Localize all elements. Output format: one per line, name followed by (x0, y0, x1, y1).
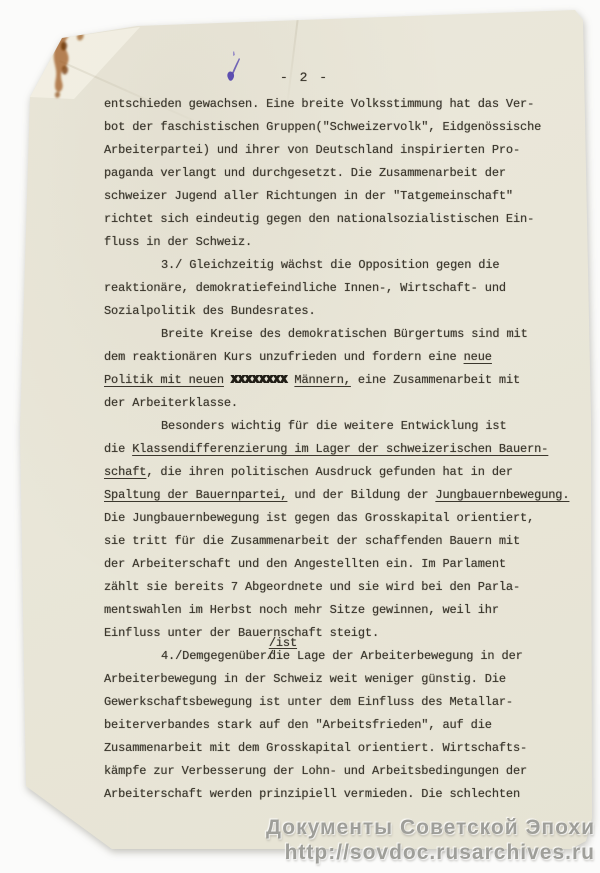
typed-text: die Lage der Arbeiterbewegung in der (269, 649, 523, 663)
text-line: kämpfe zur Verbesserung der Lohn- und Ar… (104, 760, 574, 783)
text-line: fluss in der Schweiz. (104, 231, 574, 254)
purple-ink-blot-icon (220, 48, 246, 90)
typed-text: der Arbeiterklasse. (104, 396, 238, 410)
text-line: Arbeiterbewegung in der Schweiz weit wen… (104, 668, 574, 691)
underlined-text: Klassendifferenzierung im Lager der schw… (132, 442, 548, 456)
paper-sheet: - 2 - entschieden gewachsen. Eine breite… (0, 0, 600, 873)
typed-text: dem reaktionären Kurs unzufrieden und fo… (104, 350, 464, 364)
typed-text: eine Zusammenarbeit mit (351, 373, 520, 387)
typed-text: der Arbeiterschaft und den Angestellten … (104, 557, 506, 571)
text-line: Arbeiterschaft werden prinzipiell vermie… (104, 783, 574, 806)
typed-text: mentswahlen im Herbst noch mehr Sitze ge… (104, 603, 499, 617)
typed-text: Besonders wichtig für die weitere Entwic… (161, 419, 507, 433)
underlined-text: neue (464, 350, 492, 364)
typed-strikeout: XXXXXXXX (231, 373, 287, 387)
typed-text: sie tritt für die Zusammenarbeit der sch… (104, 534, 520, 548)
page-number: - 2 - (280, 70, 329, 85)
underlined-text: Jungbauernbewegung. (435, 488, 569, 502)
typed-text: Arbeiterbewegung in der Schweiz weit wen… (104, 672, 506, 686)
text-line: 3./ Gleichzeitig wächst die Opposition g… (104, 254, 574, 277)
text-line: entschieden gewachsen. Eine breite Volks… (104, 93, 574, 116)
text-line: die Klassendifferenzierung im Lager der … (104, 438, 574, 461)
text-line: der Arbeiterschaft und den Angestellten … (104, 553, 574, 576)
typed-text: Arbeiterpartei) und ihrer von Deutschlan… (104, 143, 520, 157)
watermark: Документы Советской Эпохи http://sovdoc.… (5, 815, 595, 865)
typed-text (224, 373, 231, 387)
text-line: dem reaktionären Kurs unzufrieden und fo… (104, 346, 574, 369)
underlined-text: Politik mit neuen (104, 373, 224, 387)
text-line: Breite Kreise des demokratischen Bürgert… (104, 323, 574, 346)
rust-stain-icon (44, 22, 100, 106)
text-line: Die Jungbauernbewegung ist gegen das Gro… (104, 507, 574, 530)
text-line: Arbeiterpartei) und ihrer von Deutschlan… (104, 139, 574, 162)
typed-text: zählt sie bereits 7 Abgeordnete und sie … (104, 580, 520, 594)
typed-text: die (104, 442, 132, 456)
text-line: zählt sie bereits 7 Abgeordnete und sie … (104, 576, 574, 599)
document-text: entschieden gewachsen. Eine breite Volks… (104, 93, 574, 806)
text-line: sie tritt für die Zusammenarbeit der sch… (104, 530, 574, 553)
text-line: Spaltung der Bauernpartei, und der Bildu… (104, 484, 574, 507)
text-line: Gewerkschaftsbewegung ist unter dem Einf… (104, 691, 574, 714)
typed-text: Einfluss unter der Bauernschaft steigt. (104, 626, 379, 640)
typed-text: Breite Kreise des demokratischen Bürgert… (161, 327, 528, 341)
text-line: der Arbeiterklasse. (104, 392, 574, 415)
text-line: Einfluss unter der Bauernschaft steigt. (104, 622, 574, 645)
typed-text: beiterverbandes stark auf den "Arbeitsfr… (104, 718, 492, 732)
watermark-title: Документы Советской Эпохи (5, 815, 595, 840)
text-line: mentswahlen im Herbst noch mehr Sitze ge… (104, 599, 574, 622)
typed-text: richtet sich eindeutig gegen den nationa… (104, 212, 534, 226)
typed-text: und der Bildung der (287, 488, 435, 502)
typed-text: Gewerkschaftsbewegung ist unter dem Einf… (104, 695, 513, 709)
paper-wrapper: - 2 - entschieden gewachsen. Eine breite… (0, 0, 600, 873)
text-line: 4./Demgegenüber//istdie Lage der Arbeite… (104, 645, 574, 668)
text-line: beiterverbandes stark auf den "Arbeitsfr… (104, 714, 574, 737)
underlined-text: Spaltung der Bauernpartei, (104, 488, 287, 502)
text-line: bot der faschistischen Gruppen("Schweize… (104, 116, 574, 139)
text-line: Sozialpolitik des Bundesrates. (104, 300, 574, 323)
text-line: richtet sich eindeutig gegen den nationa… (104, 208, 574, 231)
text-line: Besonders wichtig für die weitere Entwic… (104, 415, 574, 438)
typed-text: Zusammenarbeit mit dem Grosskapital orie… (104, 741, 527, 755)
text-line: paganda verlangt und durchgesetzt. Die Z… (104, 162, 574, 185)
typed-text: Arbeiterschaft werden prinzipiell vermie… (104, 787, 520, 801)
text-line: schaft, die ihren politischen Ausdruck g… (104, 461, 574, 484)
text-line: reaktionäre, demokratiefeindliche Innen-… (104, 277, 574, 300)
typed-text: fluss in der Schweiz. (104, 235, 252, 249)
typed-text: 4./Demgegenüber/ (161, 649, 274, 663)
typed-text: entschieden gewachsen. Eine breite Volks… (104, 97, 534, 111)
typed-text: Sozialpolitik des Bundesrates. (104, 304, 316, 318)
text-line: schweizer Jugend aller Richtungen in der… (104, 185, 574, 208)
typed-text: schweizer Jugend aller Richtungen in der… (104, 189, 513, 203)
underlined-text: schaft (104, 465, 146, 479)
typed-text: bot der faschistischen Gruppen("Schweize… (104, 120, 541, 134)
typed-text: , die ihren politischen Ausdruck gefunde… (146, 465, 513, 479)
watermark-url: http://sovdoc.rusarchives.ru (5, 840, 595, 865)
underlined-text: Männern, (294, 373, 350, 387)
typed-text: Die Jungbauernbewegung ist gegen das Gro… (104, 511, 534, 525)
typed-text: reaktionäre, demokratiefeindliche Innen-… (104, 281, 506, 295)
scanned-document: - 2 - entschieden gewachsen. Eine breite… (0, 0, 600, 873)
typed-text: kämpfe zur Verbesserung der Lohn- und Ar… (104, 764, 527, 778)
text-line: Politik mit neuen XXXXXXXX Männern, eine… (104, 369, 574, 392)
text-line: Zusammenarbeit mit dem Grosskapital orie… (104, 737, 574, 760)
typed-text: paganda verlangt und durchgesetzt. Die Z… (104, 166, 506, 180)
typed-text: 3./ Gleichzeitig wächst die Opposition g… (161, 258, 499, 272)
